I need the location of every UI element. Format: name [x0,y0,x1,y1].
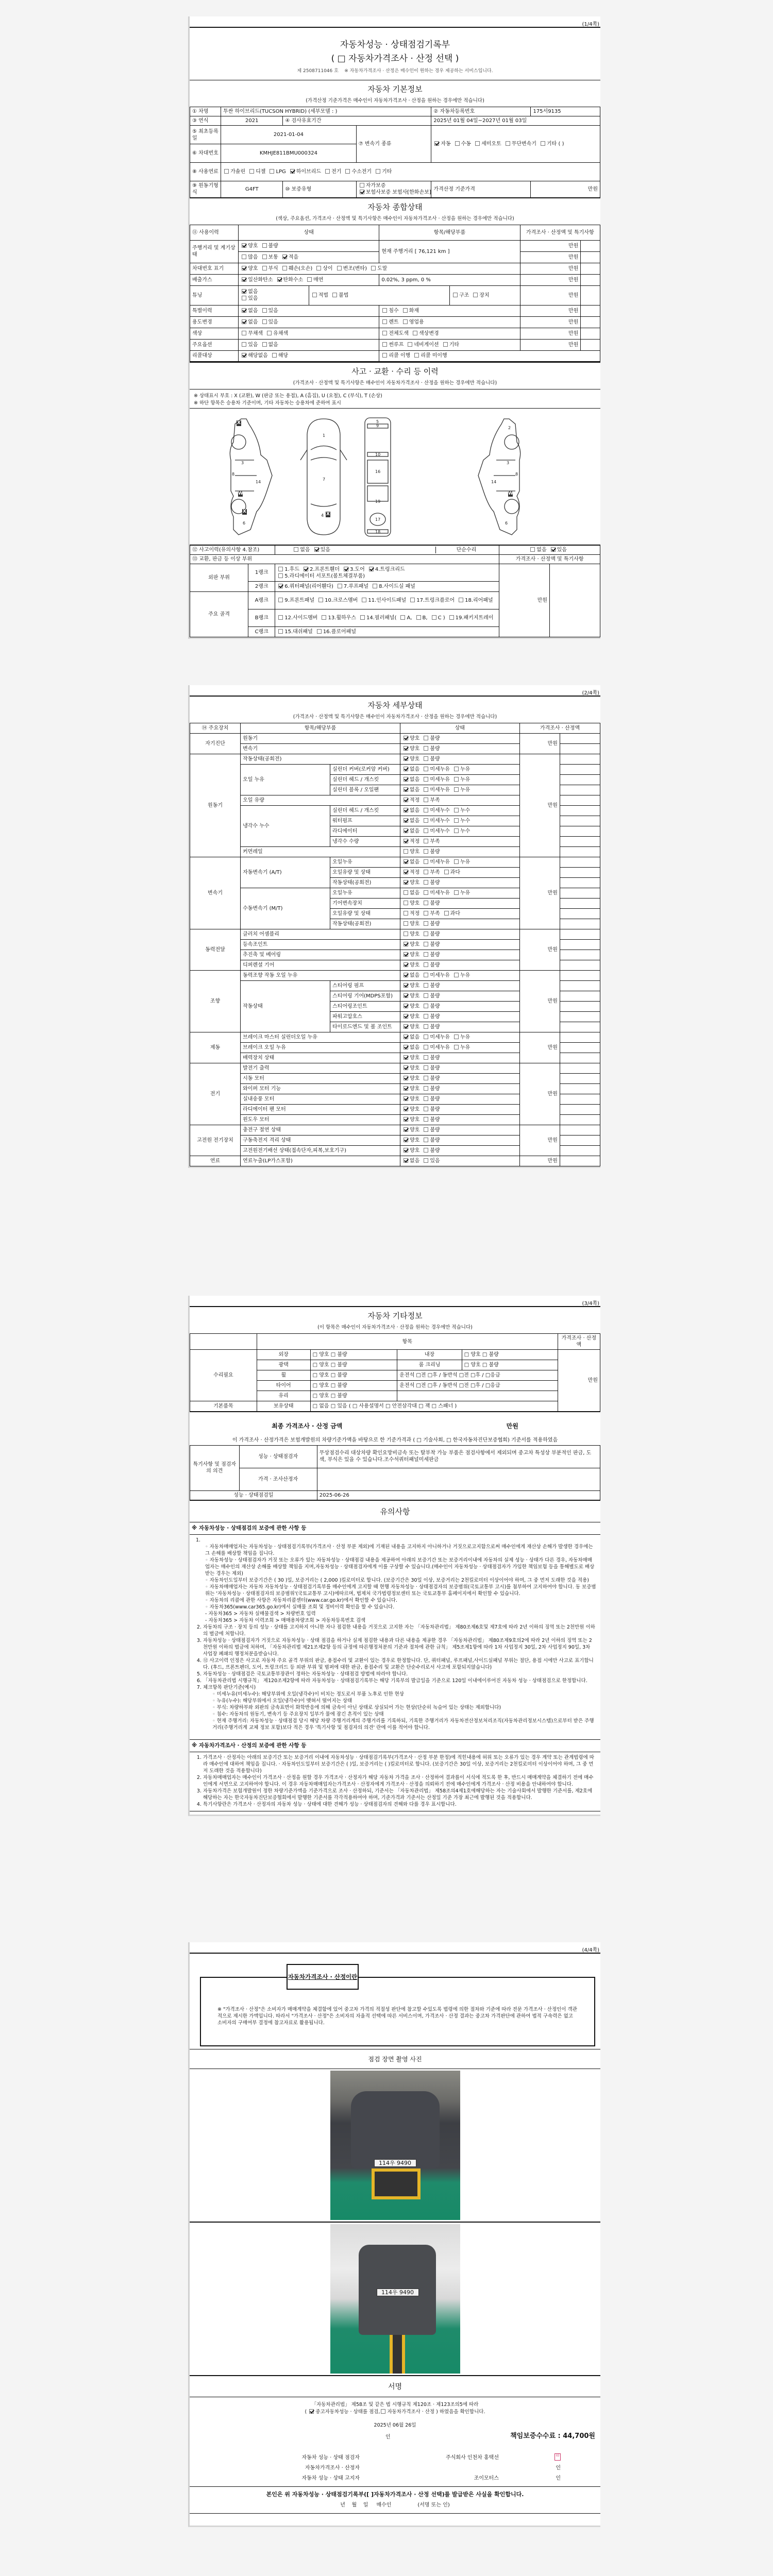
detail-table: ⑭ 주요장치항목/해당부품상태가격조사 · 산정액자기진단원동기양호불량만원변속… [190,723,600,1166]
checkbox[interactable] [278,584,283,588]
checkbox[interactable] [282,255,287,259]
option-label: 미세누유 [430,973,450,978]
checkbox[interactable] [404,1117,408,1122]
checkbox[interactable] [424,839,428,843]
svg-text:9: 9 [376,423,379,428]
option-label: 누유 [460,859,470,865]
checkbox[interactable] [404,911,408,916]
checkbox[interactable] [262,342,267,347]
checkbox[interactable] [338,584,342,588]
svg-text:3: 3 [507,461,509,465]
option-label: 미세누유 [430,890,450,896]
photo-front: 114우 9490 [190,2069,600,2223]
option-label: 장치 [479,293,489,298]
checkbox[interactable] [277,277,282,282]
checkbox[interactable] [404,1096,408,1101]
option-label: 양호 [410,952,419,958]
option-label: 불량 [430,849,440,855]
svg-text:19: 19 [375,499,380,504]
acknowledgement: 본인은 위 자동차성능 · 상태점검기록부([ ]자동차가격조사 · 산정 선택… [190,2490,600,2498]
checkbox[interactable] [262,308,267,313]
option-label: 8.사이드실 패널 [379,584,415,589]
checkbox-inspection[interactable] [309,2409,314,2414]
checkbox[interactable] [404,746,408,751]
checkbox[interactable] [404,962,408,967]
option-label: 없음 [410,767,419,772]
option-label: 없음 [410,890,419,896]
option-label: 미세누유 [430,777,450,783]
checkbox[interactable] [242,296,246,300]
checkbox[interactable] [404,1004,408,1008]
checkbox[interactable] [424,1117,428,1122]
checkbox[interactable] [382,342,387,347]
label: ⑥ 차대번호 [190,144,221,163]
checkbox[interactable] [404,921,408,926]
doc-subtitle: ( □ 자동차가격조사 · 산정 선택 ) [190,51,600,64]
checkbox[interactable] [307,277,312,282]
svg-text:7: 7 [323,477,325,482]
option-label: 양호 [410,1055,419,1061]
option-label: 보험사보증 보험사[한화손보] [366,190,431,195]
option-label: 미세누유 [430,1035,450,1040]
checkbox[interactable] [424,973,428,977]
checkbox[interactable] [424,1065,428,1070]
checkbox[interactable] [424,1158,428,1163]
checkbox[interactable] [404,859,408,864]
checkbox[interactable] [404,839,408,843]
checkbox[interactable] [404,1086,408,1091]
option-label: 부족 [430,870,440,875]
checkbox[interactable] [404,1035,408,1039]
checkbox[interactable] [404,880,408,885]
checkbox[interactable] [404,756,408,761]
checkbox[interactable] [424,962,428,967]
checkbox[interactable] [443,342,448,347]
checkbox[interactable] [424,808,428,812]
checkbox[interactable] [475,141,480,146]
option-label: 양호 [248,266,258,272]
checkbox[interactable] [506,141,510,146]
checkbox[interactable] [424,870,428,874]
checkbox[interactable] [432,615,436,620]
checkbox[interactable] [551,547,556,552]
checkbox[interactable] [424,983,428,988]
checkbox[interactable] [242,353,246,358]
checkbox[interactable] [249,169,254,174]
checkbox[interactable] [270,169,274,174]
option-label: 양호 [410,756,419,762]
checkbox[interactable] [424,1096,428,1101]
option-label: 불량 [430,880,440,886]
page-2: (2/4쪽) 자동차 세부상태 (가격조사 · 산정액 및 특기사항은 매수인이… [188,685,600,1168]
section-title-notes: 유의사항 [190,1501,600,1522]
checkbox[interactable] [530,547,535,552]
checkbox[interactable] [413,331,417,335]
law-line: 「자동차관리법」 제58조 및 같은 법 시행규칙 제120조 · 제123조의… [190,2400,600,2408]
option-label: 누수 [460,818,470,824]
option-label: 하이브리드 [296,169,321,175]
basic-info-table: ① 차명투싼 하이브리드(TUCSON HYBRID) (세부모델 : )② 자… [190,107,600,198]
checkbox[interactable] [424,777,428,782]
checkbox[interactable] [404,787,408,792]
checkbox[interactable] [404,736,408,740]
explainer-title: 자동차가격조사 · 산정이란 [287,1964,359,1990]
checkbox[interactable] [424,849,428,854]
checkbox[interactable] [382,331,387,335]
checkbox[interactable] [454,1035,459,1039]
checkbox[interactable] [424,880,428,885]
option-label: 12.사이드멤버 [284,615,317,621]
option-label: 미세누수 [430,828,450,834]
option-label: 과다 [450,870,460,875]
checkbox[interactable] [455,141,460,146]
checkbox[interactable] [400,615,405,620]
checkbox[interactable] [404,849,408,854]
option-label: 누유 [460,973,470,978]
svg-text:8: 8 [232,472,234,477]
label: 성능 · 상태점검일 [190,1490,317,1500]
checkbox[interactable] [454,767,459,771]
option-label: 양호 [410,736,419,741]
option-label: 불량 [268,243,278,249]
checkbox[interactable] [424,1138,428,1142]
checkbox[interactable] [242,289,246,294]
option-label: 없음 [300,547,310,553]
checkbox[interactable] [242,331,246,335]
option-label: 매연 [313,277,323,283]
checkbox[interactable] [424,942,428,946]
option-label: 훼손(오손) [289,266,312,272]
checkbox[interactable] [424,756,428,761]
checkbox[interactable] [360,615,365,620]
option-label: 불량 [430,962,440,968]
notice-section-1: ※ 자동차성능 · 상태점검의 보증에 관한 사항 등 1.자동차매매업자는 자… [190,1522,600,1734]
option-label: 9.프론트패널 [284,598,314,603]
checkbox[interactable] [424,818,428,823]
checkbox[interactable] [404,952,408,957]
option-label: 15.대쉬패널 [284,629,313,635]
section-title-accident: 사고 · 교환 · 수리 등 이력 [190,362,600,377]
option-label: 불량 [430,1138,440,1143]
option-label: 양호 [410,931,419,937]
checkbox[interactable] [404,973,408,977]
checkbox[interactable] [453,293,458,297]
checkbox[interactable] [404,931,408,936]
option-label: 없음 [410,859,419,865]
checkbox[interactable] [242,319,246,324]
option-label: 무채색 [248,331,263,336]
option-label: 없음 [248,289,258,295]
checkbox[interactable] [360,190,364,194]
option-label: 렌트 [389,319,398,325]
svg-text:14: 14 [491,480,496,484]
checkbox[interactable] [262,319,267,324]
checkbox[interactable] [278,615,283,620]
doc-number: 제 2508711046 호 [297,69,338,74]
checkbox[interactable] [404,983,408,988]
doc-title: 자동차성능 · 상태점검기록부 [190,37,600,50]
checkbox[interactable] [294,547,298,552]
checkbox[interactable] [408,342,412,347]
checkbox[interactable] [242,308,246,313]
checkbox[interactable] [424,952,428,957]
option-label: 불량 [430,942,440,947]
option-label: 누유 [460,777,470,783]
option-label: 적법 [318,293,328,298]
checkbox[interactable] [382,319,387,324]
checkbox[interactable] [454,808,459,812]
checkbox[interactable] [316,266,321,270]
sign-section-title: 서명 [190,2376,600,2397]
checkbox[interactable] [416,615,421,620]
checkbox[interactable] [242,342,246,347]
option-label: 리콜 미이행 [421,353,447,359]
checkbox[interactable] [373,584,377,588]
option-label: 화재 [409,308,419,314]
option-label: 미세누유 [430,1045,450,1050]
checkbox[interactable] [424,1076,428,1080]
checkbox[interactable] [325,169,330,174]
checkbox[interactable] [424,993,428,998]
checkbox[interactable] [424,859,428,864]
checkbox[interactable] [242,277,246,282]
checkbox[interactable] [449,615,454,620]
checkbox[interactable] [314,547,319,552]
option-label: 전체도색 [389,331,409,336]
checkbox[interactable] [278,598,283,602]
checkbox[interactable] [369,567,374,571]
checkbox[interactable] [382,308,387,313]
option-label: 불량 [430,1076,440,1081]
checkbox[interactable] [404,798,408,802]
checkbox[interactable] [404,1065,408,1070]
option-label: 불량 [430,1117,440,1123]
checkbox[interactable] [371,266,376,270]
seal-mark: 인 [385,2432,391,2440]
option-label: 양호 [410,1086,419,1092]
checkbox[interactable] [404,1024,408,1029]
checkbox[interactable] [424,1014,428,1019]
option-label: 17.트렁크플로어 [416,598,455,603]
checkbox[interactable] [454,973,459,977]
checkbox[interactable] [404,828,408,833]
checkbox[interactable] [404,890,408,895]
checkbox-pricing[interactable] [381,2409,385,2414]
checkbox[interactable] [332,293,337,297]
checkbox[interactable] [282,266,287,270]
label: ④ 검사유효기간 [283,116,431,126]
checkbox[interactable] [424,921,428,926]
checkbox[interactable] [278,629,283,634]
checkbox[interactable] [344,567,348,571]
checkbox[interactable] [424,798,428,802]
option-label: LPG [276,169,285,175]
checkbox[interactable] [444,870,449,874]
checkbox[interactable] [403,308,408,313]
signer-row: 자동차 성능 · 상태 고지자조이모터스인 [190,2472,600,2482]
checkbox[interactable] [304,567,308,571]
checkbox[interactable] [404,870,408,874]
checkbox[interactable] [454,818,459,823]
option-label: 불량 [430,1004,440,1009]
checkbox[interactable] [242,266,246,270]
checkbox[interactable] [434,141,439,146]
checkbox[interactable] [404,993,408,998]
option-label: 16.플로어패널 [323,629,356,635]
checkbox[interactable] [262,266,267,270]
checkbox[interactable] [337,266,342,270]
checkbox[interactable] [318,598,323,602]
checkbox[interactable] [317,629,322,634]
checkbox[interactable] [403,319,408,324]
option-label: 누유 [460,767,470,772]
option-label: 양호 [410,1065,419,1071]
checkbox[interactable] [424,736,428,740]
damage-mark: X [237,420,241,426]
checkbox[interactable] [454,1045,459,1049]
checkbox[interactable] [454,859,459,864]
option-label: 기타 [449,342,459,348]
checkbox[interactable] [262,255,267,259]
checkbox[interactable] [444,911,449,916]
checkbox[interactable] [459,598,463,602]
fuel-options: 가솔린디젤LPG하이브리드전기수소전기기타 [221,163,600,181]
checkbox[interactable] [382,353,387,358]
checkbox[interactable] [541,141,545,146]
engine-type: G4FT [221,181,283,198]
checkbox[interactable] [322,615,326,620]
checkbox[interactable] [424,1035,428,1039]
option-label: 없음 [248,319,258,325]
option-label: 자가보증 [366,183,386,189]
option-label: 침수 [389,308,398,314]
option-label: 3.도어 [350,567,365,572]
section-sub: (이 항목은 매수인이 자동차가격조사 · 산정을 원하는 경우에만 적습니다) [190,1321,600,1333]
checkbox[interactable] [424,767,428,771]
checkbox[interactable] [312,293,317,297]
reg-number: 175서9135 [531,107,600,116]
option-label: 디젤 [256,169,265,175]
car-diagram: 12334566788910161718191414 X W X X W [190,409,600,545]
option-label: 미세누유 [430,859,450,865]
option-label: 부족 [430,839,440,844]
page-4: (4/4쪽) ※ "가격조사 · 산정"은 소비자가 매매계약을 체결함에 있어… [188,1942,600,2527]
label: ⑨ 원동기형식 [190,181,221,198]
checkbox[interactable] [404,1076,408,1080]
remarks-table: 특기사항 및 점검자의 의견성능 · 상태점검자무상점검수리 대상차량 확인요망… [190,1445,600,1501]
checkbox[interactable] [404,1148,408,1153]
option-label: 있음 [268,308,278,314]
option-label: 11.인사이드패널 [368,598,406,603]
checkbox[interactable] [454,828,459,833]
checkbox[interactable] [404,1107,408,1111]
checkbox[interactable] [424,1055,428,1060]
checkbox[interactable] [404,901,408,905]
checkbox[interactable] [404,808,408,812]
page-3: (3/4쪽) 자동차 기타정보 (이 항목은 매수인이 자동차가격조사 · 산정… [188,1296,600,1816]
checkbox[interactable] [424,1107,428,1111]
checkbox[interactable] [404,1138,408,1142]
svg-text:6: 6 [505,521,508,526]
first-reg-date: 2021-01-04 [221,126,357,144]
checkbox[interactable] [272,353,277,358]
option-label: 탄화수소 [283,277,304,283]
option-label: 불량 [430,921,440,927]
svg-text:1: 1 [323,433,325,438]
checkbox[interactable] [424,1148,428,1153]
checkbox[interactable] [242,243,246,248]
svg-text:17: 17 [375,517,380,522]
checkbox[interactable] [278,573,283,578]
checkbox[interactable] [290,169,295,174]
checkbox[interactable] [454,787,459,792]
option-label: 불량 [430,1055,440,1061]
section-title-basic: 자동차 기본정보 [190,80,600,94]
option-label: 없음 [268,342,278,348]
checkbox[interactable] [404,767,408,771]
checkbox[interactable] [345,169,350,174]
checkbox[interactable] [424,911,428,916]
checkbox[interactable] [424,787,428,792]
svg-text:10: 10 [375,452,380,457]
checkbox[interactable] [404,1014,408,1019]
checkbox[interactable] [404,1045,408,1049]
checkbox[interactable] [424,1086,428,1091]
inspection-date: 2025-06-26 [317,1490,600,1500]
checkbox[interactable] [424,1004,428,1008]
checkbox[interactable] [414,353,419,358]
car-outline-icon: 12334566788910161718191414 [190,409,602,545]
checkbox[interactable] [473,293,478,297]
checkbox[interactable] [404,818,408,823]
checkbox[interactable] [424,901,428,905]
checkbox[interactable] [278,567,283,571]
checkbox[interactable] [404,1158,408,1163]
checkbox[interactable] [242,255,246,259]
checkbox[interactable] [424,1127,428,1132]
checkbox[interactable] [404,777,408,782]
option-label: 불량 [430,1107,440,1112]
final-price-unit: 만원 [507,1421,518,1430]
checkbox[interactable] [262,243,267,248]
option-label: 13.휠하우스 [328,615,356,621]
option-label: 불량 [430,1086,440,1092]
checkbox[interactable] [424,931,428,936]
checkbox[interactable] [424,828,428,833]
checkbox[interactable] [267,331,272,335]
checkbox[interactable] [424,1024,428,1029]
checkbox[interactable] [360,183,364,188]
checkbox[interactable] [424,746,428,751]
checkbox[interactable] [454,777,459,782]
checkbox[interactable] [424,1045,428,1049]
warranty-fee: 책임보증수수료 : 44,700원 [510,2430,595,2440]
label: 가격산정 기준가격 [431,181,531,198]
checkbox[interactable] [454,890,459,895]
checkbox[interactable] [224,169,229,174]
checkbox[interactable] [376,169,380,174]
checkbox[interactable] [410,598,415,602]
option-label: 미세누수 [430,808,450,814]
checkbox[interactable] [362,598,366,602]
checkbox[interactable] [404,1055,408,1060]
option-label: 양호 [410,1127,419,1133]
section-title-detail: 자동차 세부상태 [190,697,600,710]
svg-text:2: 2 [508,426,511,430]
checkbox[interactable] [424,890,428,895]
checkbox[interactable] [404,942,408,946]
checkbox[interactable] [404,1127,408,1132]
